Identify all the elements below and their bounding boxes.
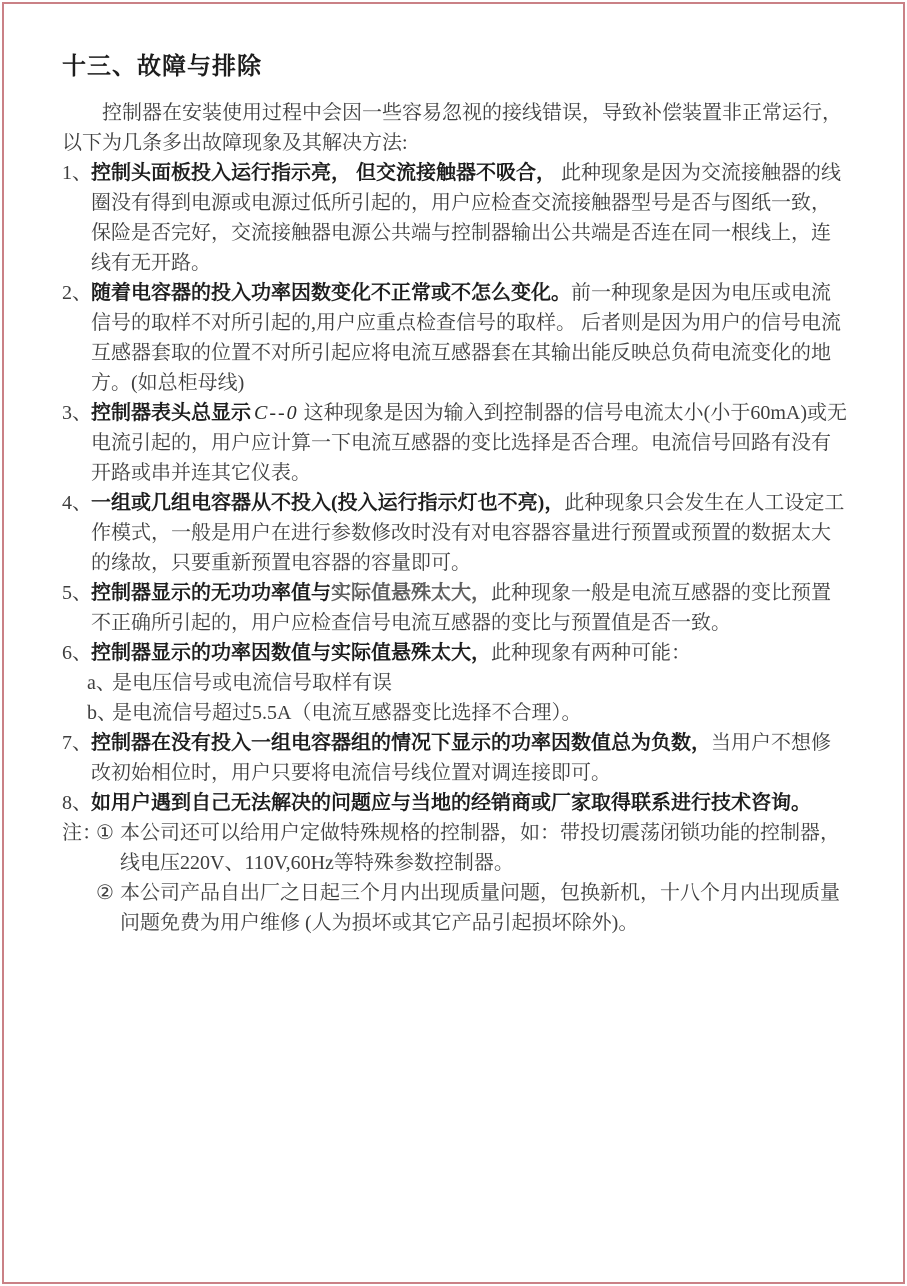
item-number: 6、 — [62, 638, 92, 668]
text-segment: 控制器表头总显示 — [91, 402, 251, 424]
note-text: 本公司还可以给用户定做特殊规格的控制器，如：带投切震荡闭锁功能的控制器，线电压2… — [120, 822, 840, 874]
fault-item: 3、控制器表头总显示C--0这种现象是因为输入到控制器的信号电流太小(小于60m… — [62, 398, 848, 488]
item-text: 如用户遇到自己无法解决的问题应与当地的经销商或厂家取得联系进行技术咨询。 — [91, 792, 811, 814]
text-segment: C--0 — [251, 402, 304, 424]
item-text: 随着电容器的投入功率因数变化不正常或不怎么变化。前一种现象是因为电压或电流信号的… — [91, 282, 841, 394]
item-text: 控制器显示的无功功率值与实际值悬殊太大，此种现象一般是电流互感器的变比预置不正确… — [91, 582, 831, 634]
item-number: 5、 — [62, 578, 92, 608]
sub-item: a、是电压信号或电流信号取样有误 — [62, 668, 848, 698]
text-segment: 此种现象有两种可能： — [491, 642, 691, 664]
note-marker: ② — [96, 878, 120, 908]
intro-paragraph: 控制器在安装使用过程中会因一些容易忽视的接线错误，导致补偿装置非正常运行，以下为… — [62, 98, 848, 158]
item-number: 1、 — [62, 158, 92, 188]
fault-item: 4、一组或几组电容器从不投入(投入运行指示灯也不亮)，此种现象只会发生在人工设定… — [62, 488, 848, 578]
item-number: 8、 — [62, 788, 92, 818]
fault-item: 5、控制器显示的无功功率值与实际值悬殊太大，此种现象一般是电流互感器的变比预置不… — [62, 578, 848, 638]
sub-item-text: 是电流信号超过5.5A（电流互感器变比选择不合理）。 — [112, 702, 581, 724]
item-text: 一组或几组电容器从不投入(投入运行指示灯也不亮)，此种现象只会发生在人工设定工作… — [91, 492, 844, 574]
document-page: { "colors": { "border": "#ca8186", "text… — [0, 0, 907, 1286]
sub-item-text: 是电压信号或电流信号取样有误 — [112, 672, 392, 694]
text-segment: 控制器在没有投入一组电容器组的情况下显示的功率因数值总为负数， — [91, 732, 711, 754]
page-content: 十三、故障与排除 控制器在安装使用过程中会因一些容易忽视的接线错误，导致补偿装置… — [62, 50, 848, 938]
fault-item: 8、如用户遇到自己无法解决的问题应与当地的经销商或厂家取得联系进行技术咨询。 — [62, 788, 848, 818]
fault-list: 1、控制头面板投入运行指示亮， 但交流接触器不吸合， 此种现象是因为交流接触器的… — [62, 158, 848, 818]
item-number: 3、 — [62, 398, 92, 428]
item-number: 7、 — [62, 728, 92, 758]
item-number: 4、 — [62, 488, 92, 518]
note-entry: ②本公司产品自出厂之日起三个月内出现质量问题，包换新机，十八个月内出现质量问题免… — [96, 878, 848, 938]
sub-item-label: a、 — [87, 668, 116, 698]
text-segment: 控制头面板投入运行指示亮， 但交流接触器不吸合， — [91, 162, 561, 184]
text-segment: 如用户遇到自己无法解决的问题应与当地的经销商或厂家取得联系进行技术咨询。 — [91, 792, 811, 814]
note-text: 本公司产品自出厂之日起三个月内出现质量问题，包换新机，十八个月内出现质量问题免费… — [120, 882, 840, 934]
fault-item: 1、控制头面板投入运行指示亮， 但交流接触器不吸合， 此种现象是因为交流接触器的… — [62, 158, 848, 278]
text-segment: 实际值悬殊太大， — [331, 582, 491, 604]
note-entry: ①本公司还可以给用户定做特殊规格的控制器，如：带投切震荡闭锁功能的控制器，线电压… — [96, 818, 848, 878]
text-segment: 一组或几组电容器从不投入(投入运行指示灯也不亮)， — [91, 492, 564, 514]
fault-item: 6、控制器显示的功率因数值与实际值悬殊太大，此种现象有两种可能： — [62, 638, 848, 668]
fault-item: 7、控制器在没有投入一组电容器组的情况下显示的功率因数值总为负数，当用户不想修改… — [62, 728, 848, 788]
item-number: 2、 — [62, 278, 92, 308]
notes-entries: ①本公司还可以给用户定做特殊规格的控制器，如：带投切震荡闭锁功能的控制器，线电压… — [96, 818, 848, 938]
section-title: 十三、故障与排除 — [62, 50, 848, 84]
sub-item-label: b、 — [87, 698, 117, 728]
item-text: 控制器显示的功率因数值与实际值悬殊太大，此种现象有两种可能： — [91, 642, 691, 664]
item-text: 控制器表头总显示C--0这种现象是因为输入到控制器的信号电流太小(小于60mA)… — [91, 402, 847, 484]
text-segment: 控制器显示的无功功率值与 — [91, 582, 331, 604]
item-text: 控制头面板投入运行指示亮， 但交流接触器不吸合， 此种现象是因为交流接触器的线圈… — [91, 162, 841, 274]
text-segment: 控制器显示的功率因数值与实际值悬殊太大， — [91, 642, 491, 664]
item-text: 控制器在没有投入一组电容器组的情况下显示的功率因数值总为负数，当用户不想修改初始… — [91, 732, 831, 784]
notes-block: 注： ①本公司还可以给用户定做特殊规格的控制器，如：带投切震荡闭锁功能的控制器，… — [62, 818, 848, 938]
fault-item: 2、随着电容器的投入功率因数变化不正常或不怎么变化。前一种现象是因为电压或电流信… — [62, 278, 848, 398]
sub-item: b、是电流信号超过5.5A（电流互感器变比选择不合理）。 — [62, 698, 848, 728]
notes-label: 注： — [62, 818, 102, 848]
text-segment: 随着电容器的投入功率因数变化不正常或不怎么变化。 — [91, 282, 571, 304]
